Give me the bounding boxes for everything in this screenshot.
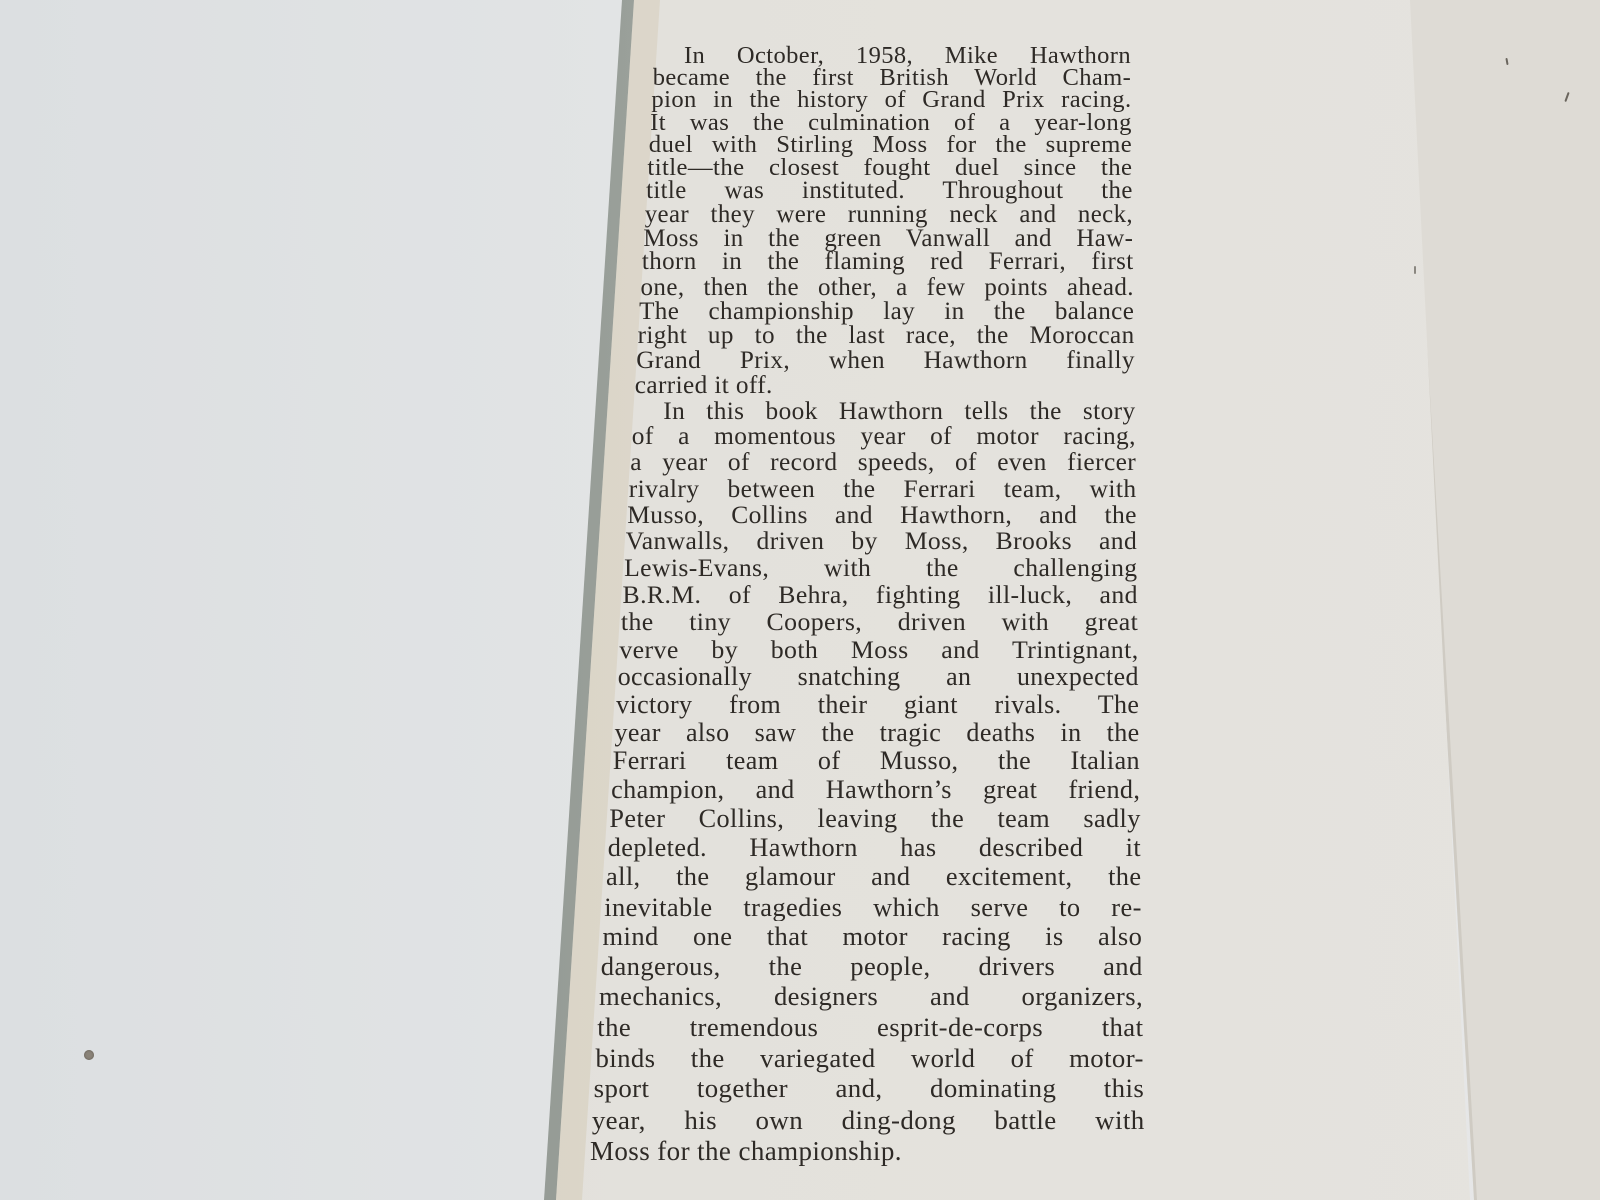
text-line: Peter Collins, leaving the team sadly <box>609 806 1140 834</box>
text-line: B.R.M. of Behra, fighting ill-luck, and <box>623 582 1138 609</box>
text-line: the tiny Coopers, driven with great <box>621 609 1138 636</box>
text-line: mechanics, designers and organizers, <box>599 983 1143 1011</box>
text-line: The championship lay in the balance <box>639 299 1134 325</box>
text-line: In this book Hawthorn tells the story <box>663 399 1135 426</box>
text-line: depleted. Hawthorn has described it <box>608 835 1141 863</box>
text-line: binds the variegated world of motor- <box>595 1045 1143 1073</box>
text-line: mind one that motor racing is also <box>603 923 1143 951</box>
text-line: inevitable tragedies which serve to re- <box>604 894 1142 922</box>
text-line: year they were running neck and neck, <box>645 203 1133 229</box>
text-line: Moss in the green Vanwall and Haw- <box>643 227 1133 253</box>
blurb-text: In October, 1958, Mike Hawthornbecame th… <box>0 0 1600 1200</box>
text-line: thorn in the flaming red Ferrari, first <box>642 250 1134 276</box>
text-line: Moss for the championship. <box>590 1138 902 1165</box>
text-line: dangerous, the people, drivers and <box>601 953 1143 981</box>
text-line: one, then the other, a few points ahead. <box>641 275 1134 301</box>
text-line: Ferrari team of Musso, the Italian <box>613 748 1140 775</box>
text-line: Vanwalls, driven by Moss, Brooks and <box>626 528 1138 555</box>
text-line: year also saw the tragic deaths in the <box>614 720 1139 747</box>
text-line: title—the closest fought duel since the <box>647 156 1132 182</box>
text-line: sport together and, dominating this <box>594 1075 1145 1103</box>
text-line: rivalry between the Ferrari team, with <box>629 476 1137 503</box>
text-line: the tremendous esprit-de-corps that <box>597 1014 1143 1042</box>
text-line: a year of record speeds, of even fiercer <box>630 450 1136 477</box>
text-line: victory from their giant rivals. The <box>616 692 1139 719</box>
text-line: of a momentous year of motor racing, <box>632 424 1136 451</box>
text-line: right up to the last race, the Moroccan <box>638 323 1135 349</box>
text-line: year, his own ding-dong battle with <box>592 1107 1145 1135</box>
text-line: Lewis-Evans, with the challenging <box>624 555 1137 582</box>
text-line: title was instituted. Throughout the <box>646 179 1133 205</box>
text-line: champion, and Hawthorn’s great friend, <box>611 777 1140 804</box>
text-line: Musso, Collins and Hawthorn, and the <box>627 502 1137 529</box>
text-line: carried it off. <box>635 373 773 398</box>
text-line: verve by both Moss and Trintignant, <box>619 637 1138 664</box>
text-line: occasionally snatching an unexpected <box>618 664 1139 691</box>
text-line: all, the glamour and excitement, the <box>606 864 1141 892</box>
